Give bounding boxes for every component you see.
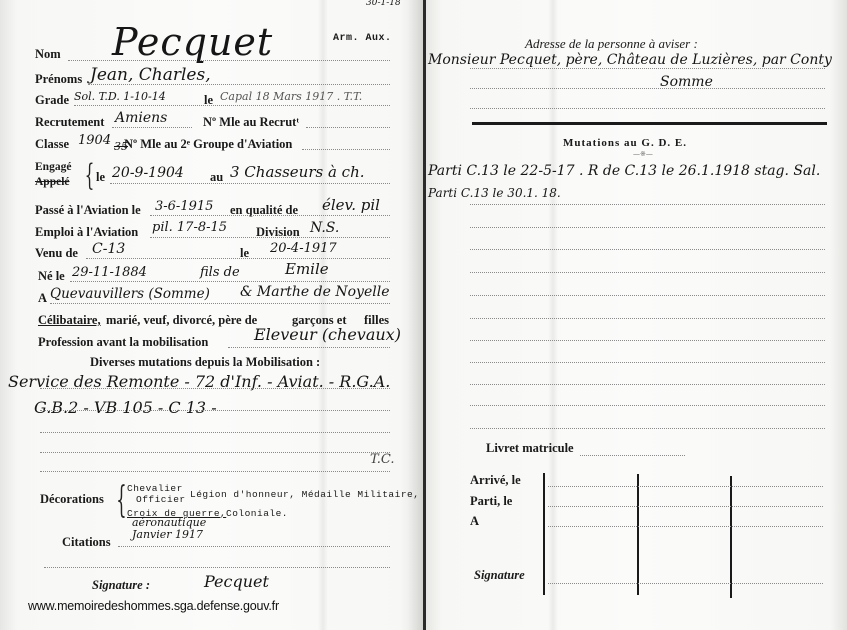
parti-line bbox=[548, 506, 823, 507]
recrutement-num-line bbox=[306, 127, 390, 128]
ne-label: Né le bbox=[38, 269, 65, 284]
initials: T.C. bbox=[370, 452, 395, 467]
classe-label: Classe bbox=[35, 137, 69, 152]
recrutement-line bbox=[112, 127, 192, 128]
signature-label: Signature : bbox=[92, 578, 150, 593]
grade-value: Sol. T.D. 1-10-14 bbox=[74, 90, 166, 103]
mutation-rule bbox=[40, 410, 390, 411]
column-divider bbox=[730, 476, 732, 598]
mere-name: & Marthe de Noyelle bbox=[240, 284, 389, 300]
mutation-gde-line-2: Parti C.13 le 30.1. 18. bbox=[428, 186, 561, 200]
coloniale-option: Coloniale. bbox=[226, 508, 288, 519]
prenoms-label: Prénoms bbox=[35, 72, 82, 87]
citations-line-2 bbox=[44, 567, 390, 568]
gutter-shadow bbox=[400, 0, 423, 630]
mutation-line-2: G.B.2 - VB 105 - C 13 - bbox=[34, 398, 217, 417]
gde-rule bbox=[470, 340, 825, 341]
mutation-rule bbox=[40, 452, 390, 453]
signature-line bbox=[548, 583, 823, 584]
gde-rule bbox=[470, 227, 825, 228]
appele-label-struck: Appelé bbox=[35, 176, 70, 188]
recrutement-num-label: Nº Mle au Recrutᵗ bbox=[203, 115, 299, 130]
livret-label: Livret matricule bbox=[486, 441, 574, 456]
lieu-value: Quevauvillers (Somme) bbox=[50, 286, 210, 302]
classe-num-line bbox=[302, 149, 390, 150]
classe-value: 1904 bbox=[78, 133, 111, 148]
adresse-title: Adresse de la personne à aviser : bbox=[525, 36, 698, 52]
column-divider bbox=[637, 474, 639, 595]
passe-line bbox=[150, 215, 390, 216]
arm-aux-label: Arm. Aux. bbox=[333, 33, 392, 44]
citations-label: Citations bbox=[62, 535, 111, 550]
citations-line bbox=[118, 546, 390, 547]
gde-rule bbox=[470, 405, 825, 406]
mutation-rule bbox=[40, 471, 390, 472]
gde-rule bbox=[470, 428, 825, 429]
a-label: A bbox=[470, 514, 479, 529]
column-divider bbox=[543, 473, 545, 595]
profession-line bbox=[228, 347, 390, 348]
pere-name: Emile bbox=[285, 260, 329, 278]
profession-value: Eleveur (chevaux) bbox=[254, 325, 401, 344]
mutation-rule bbox=[40, 432, 390, 433]
etat-civil-options: marié, veuf, divorcé, père de bbox=[106, 313, 257, 328]
gde-rule bbox=[470, 204, 825, 205]
nom-value: Pecquet bbox=[112, 20, 273, 64]
fils-de: fils de bbox=[200, 265, 240, 280]
grade-le-label: le bbox=[204, 93, 213, 108]
section-divider bbox=[472, 122, 827, 125]
venu-value: C-13 bbox=[92, 241, 125, 257]
venu-line bbox=[86, 258, 390, 259]
adresse-rule bbox=[470, 88, 825, 89]
emploi-line bbox=[150, 237, 390, 238]
ne-date: 29-11-1884 bbox=[72, 265, 147, 280]
livret-line bbox=[580, 455, 685, 456]
lieu-line bbox=[50, 303, 390, 304]
arrive-label: Arrivé, le bbox=[470, 473, 521, 488]
nom-label: Nom bbox=[35, 47, 61, 62]
emploi-value: pil. 17-8-15 bbox=[152, 220, 227, 235]
engage-unit: 3 Chasseurs à ch. bbox=[230, 163, 365, 181]
emploi-label: Emploi à l'Aviation bbox=[35, 225, 138, 240]
brace: { bbox=[85, 158, 95, 193]
profession-label: Profession avant la mobilisation bbox=[38, 335, 208, 350]
officier-option: Officier bbox=[136, 494, 186, 505]
division-value: N.S. bbox=[310, 220, 339, 236]
passe-qualite-value: élev. pil bbox=[322, 196, 380, 214]
lieu-label: A bbox=[38, 291, 47, 306]
brace: { bbox=[116, 480, 126, 521]
recrutement-label: Recrutement bbox=[35, 115, 104, 130]
page-fold bbox=[548, 0, 558, 630]
celibataire-selected: Célibataire, bbox=[38, 313, 101, 328]
grade-label: Grade bbox=[35, 93, 69, 108]
signature-value: Pecquet bbox=[204, 572, 269, 591]
venu-date: 20-4-1917 bbox=[270, 241, 337, 256]
chevalier-option: Chevalier bbox=[127, 483, 183, 494]
decorations-label: Décorations bbox=[40, 492, 104, 507]
citation-value-2: Janvier 1917 bbox=[132, 528, 203, 541]
top-note: 30-1-18 bbox=[366, 0, 401, 8]
engage-le-label: le bbox=[96, 170, 105, 185]
mutations-gde-title: Mutations au G. D. E. bbox=[563, 137, 687, 149]
source-watermark: www.memoiredeshommes.sga.defense.gouv.fr bbox=[28, 599, 279, 613]
book-gutter bbox=[423, 0, 426, 630]
gde-rule bbox=[470, 249, 825, 250]
parti-label: Parti, le bbox=[470, 494, 512, 509]
mutation-rule bbox=[40, 388, 390, 389]
prenoms-value: Jean, Charles, bbox=[90, 65, 211, 85]
decorations-line-1: Légion d'honneur, Médaille Militaire, bbox=[190, 489, 419, 500]
a-line bbox=[548, 526, 823, 527]
venu-label: Venu de bbox=[35, 246, 78, 261]
adresse-rule bbox=[470, 108, 825, 109]
engage-line bbox=[110, 183, 390, 184]
ne-line bbox=[70, 281, 390, 282]
right-page bbox=[425, 0, 847, 630]
grade-line bbox=[74, 105, 390, 106]
ornament: —※— bbox=[633, 150, 653, 158]
livret-signature-label: Signature bbox=[474, 568, 525, 583]
gde-rule bbox=[470, 272, 825, 273]
recrutement-value: Amiens bbox=[115, 110, 167, 126]
mutations-title: Diverses mutations depuis la Mobilisatio… bbox=[90, 355, 320, 370]
passe-date: 3-6-1915 bbox=[155, 199, 213, 214]
mutation-gde-line-1: Parti C.13 le 22-5-17 . R de C.13 le 26.… bbox=[428, 163, 820, 179]
adresse-rule bbox=[470, 68, 825, 69]
engage-date: 20-9-1904 bbox=[112, 165, 184, 181]
engage-label: Engagé bbox=[35, 161, 71, 173]
arrive-line bbox=[548, 486, 823, 487]
classe-num-label: Nº Mle au 2ᵉ Groupe d'Aviation bbox=[124, 137, 292, 152]
gde-rule bbox=[470, 318, 825, 319]
grade-le-value: Capal 18 Mars 1917 . T.T. bbox=[220, 90, 362, 103]
gde-rule bbox=[470, 362, 825, 363]
passe-label: Passé à l'Aviation le bbox=[35, 203, 141, 218]
gde-rule bbox=[470, 384, 825, 385]
gde-rule bbox=[470, 295, 825, 296]
adresse-line-1: Monsieur Pecquet, père, Château de Luziè… bbox=[428, 52, 832, 68]
